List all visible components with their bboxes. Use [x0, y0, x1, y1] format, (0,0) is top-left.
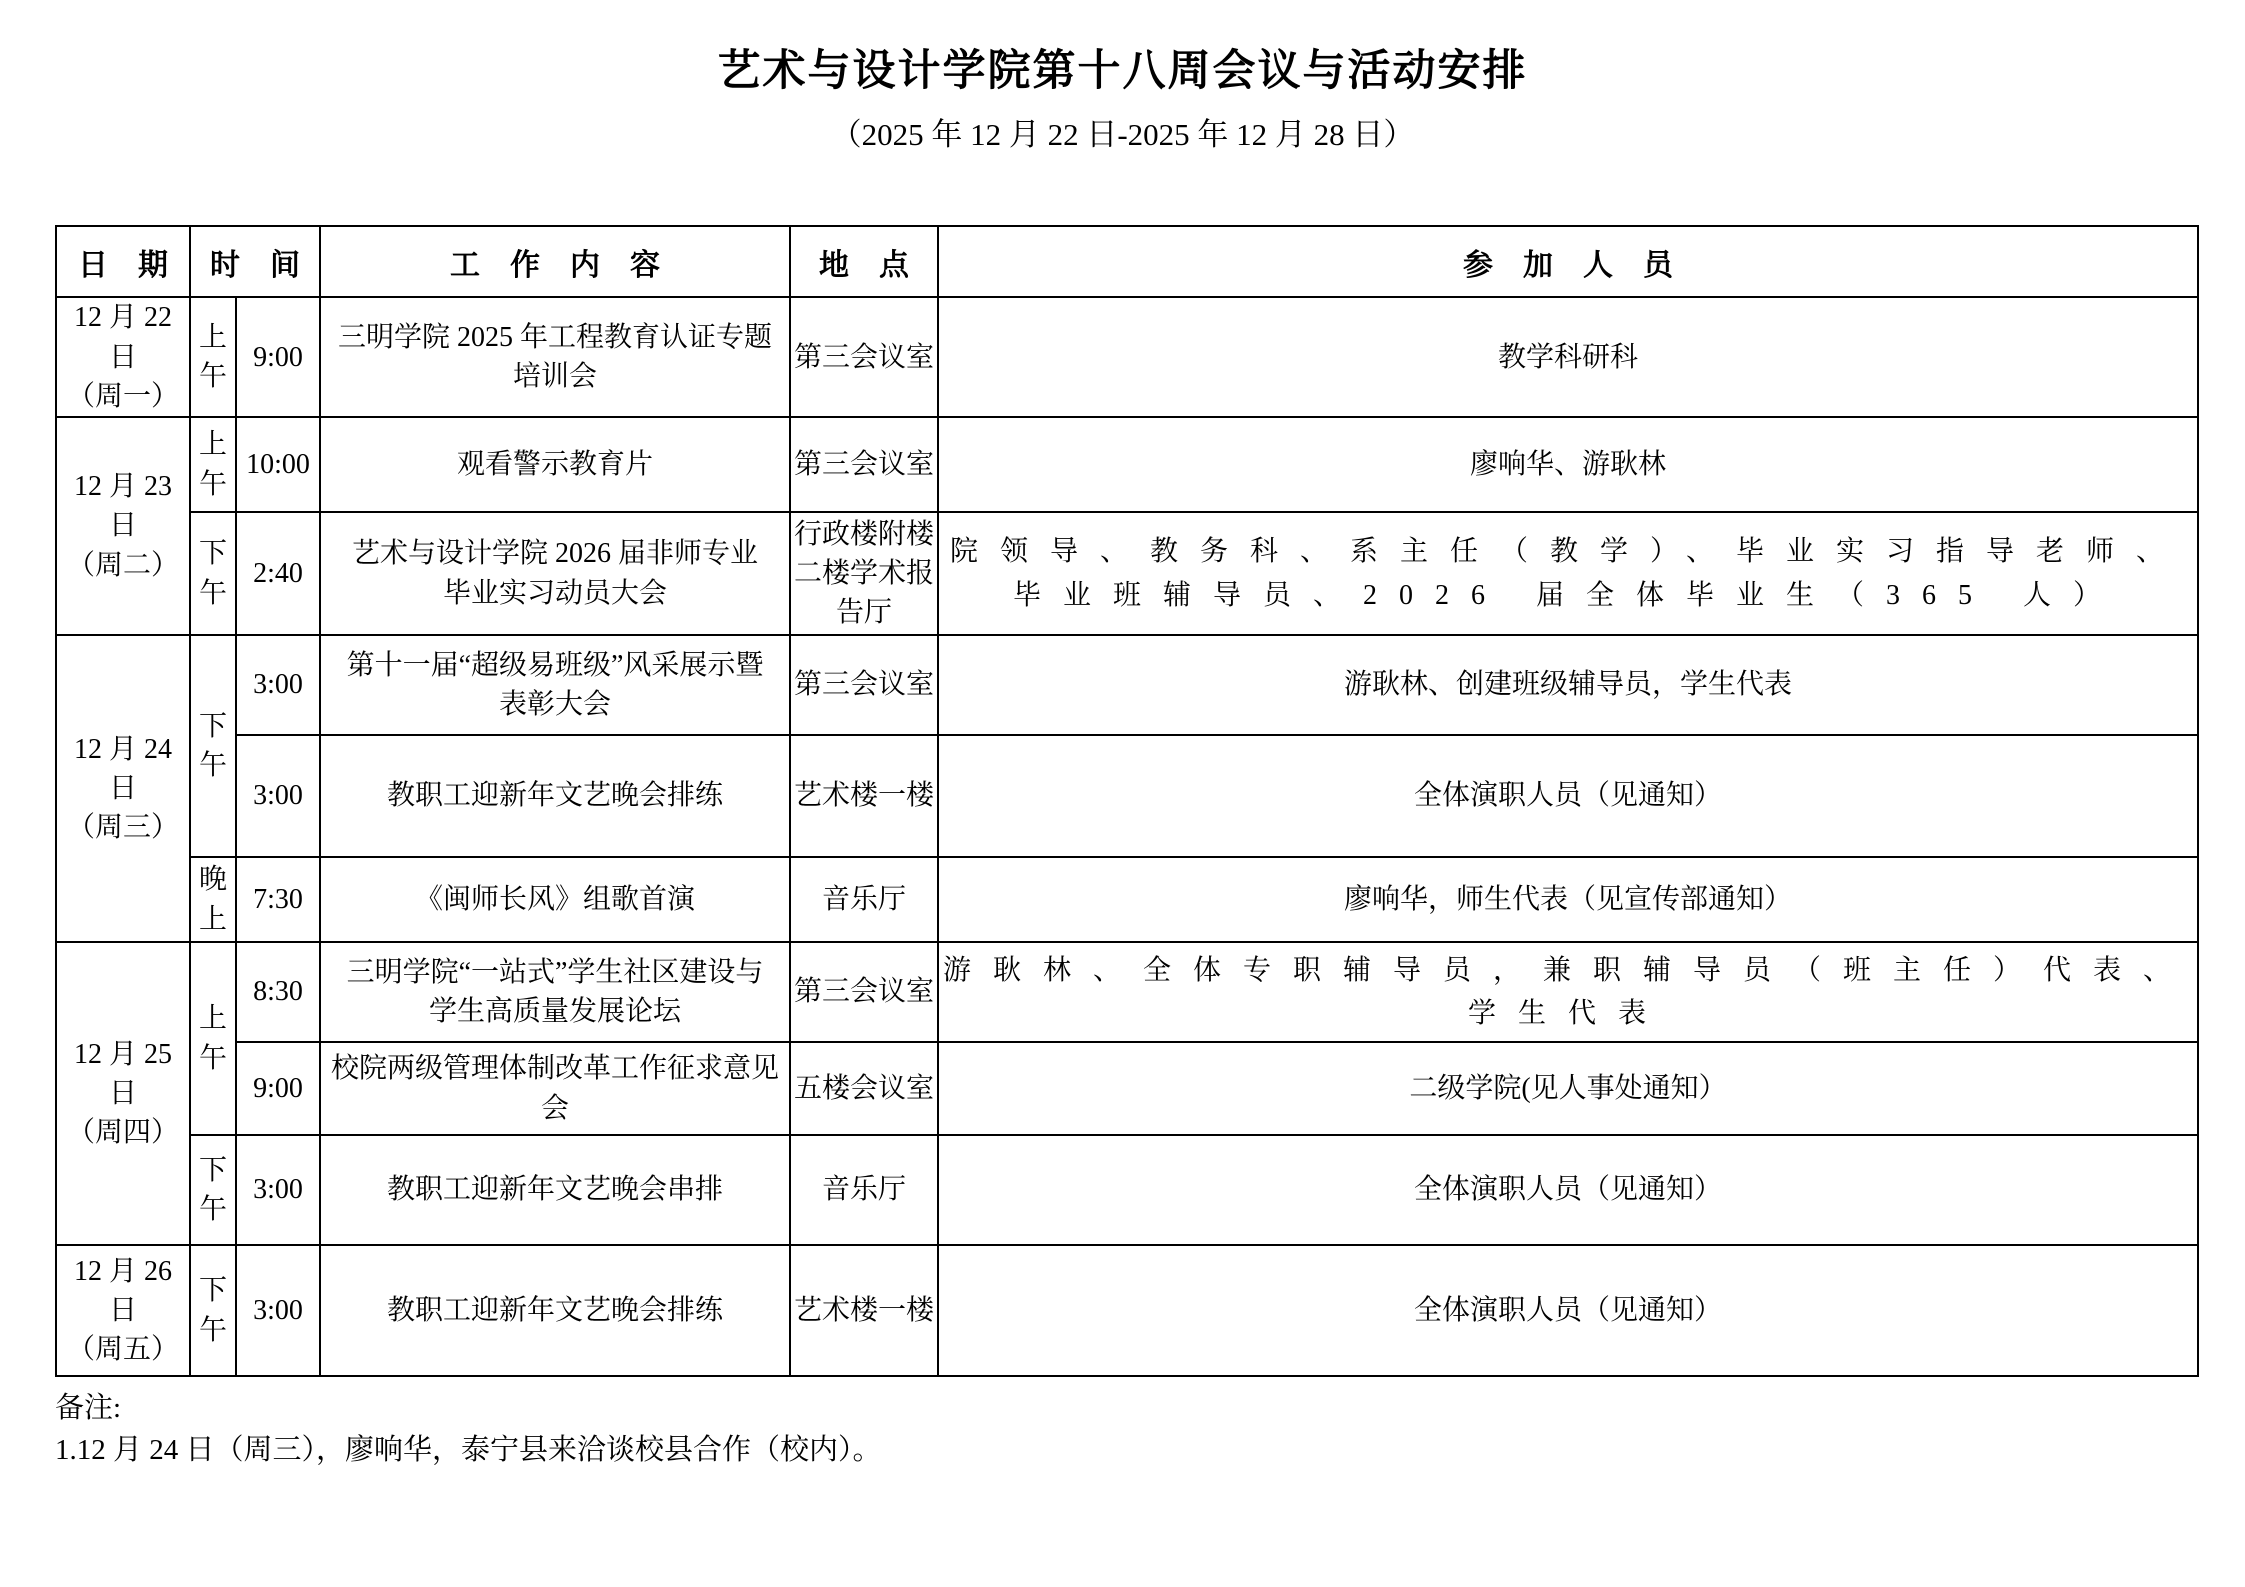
table-row: 12 月 22 日 （周一） 上午 9:00 三明学院 2025 年工程教育认证… [56, 297, 2198, 417]
cell-participants: 游耿林、全体专职辅导员，兼职辅导员（班主任）代表、学生代表 [938, 942, 2198, 1042]
schedule-table: 日 期 时 间 工 作 内 容 地 点 参 加 人 员 12 月 22 日 （周… [55, 225, 2199, 1377]
cell-period: 下午 [190, 512, 236, 635]
cell-content: 三明学院 2025 年工程教育认证专题 培训会 [320, 297, 790, 417]
table-row: 下午 2:40 艺术与设计学院 2026 届非师专业 毕业实习动员大会 行政楼附… [56, 512, 2198, 635]
cell-content: 教职工迎新年文艺晚会串排 [320, 1135, 790, 1245]
cell-date: 12 月 23 日 （周二） [56, 417, 190, 635]
cell-period: 上午 [190, 417, 236, 512]
cell-participants: 全体演职人员（见通知） [938, 1245, 2198, 1376]
cell-time: 8:30 [236, 942, 320, 1042]
table-header-row: 日 期 时 间 工 作 内 容 地 点 参 加 人 员 [56, 226, 2198, 297]
page-subtitle: （2025 年 12 月 22 日-2025 年 12 月 28 日） [0, 114, 2245, 156]
cell-content: 教职工迎新年文艺晚会排练 [320, 735, 790, 857]
cell-location: 第三会议室 [790, 297, 938, 417]
cell-content: 艺术与设计学院 2026 届非师专业 毕业实习动员大会 [320, 512, 790, 635]
cell-location: 艺术楼一楼 [790, 1245, 938, 1376]
cell-time: 10:00 [236, 417, 320, 512]
cell-content: 三明学院“一站式”学生社区建设与 学生高质量发展论坛 [320, 942, 790, 1042]
cell-time: 9:00 [236, 297, 320, 417]
cell-period: 上午 [190, 297, 236, 417]
cell-participants: 院领导、教务科、系主任（教学）、毕业实习指导老师、毕业班辅导员、2026 届全体… [938, 512, 2198, 635]
cell-period: 上午 [190, 942, 236, 1135]
cell-location: 五楼会议室 [790, 1042, 938, 1135]
cell-period: 下午 [190, 1135, 236, 1245]
header-content: 工 作 内 容 [320, 226, 790, 297]
cell-location: 音乐厅 [790, 1135, 938, 1245]
cell-time: 7:30 [236, 857, 320, 942]
cell-location: 行政楼附楼二楼学术报告厅 [790, 512, 938, 635]
cell-date: 12 月 26 日 （周五） [56, 1245, 190, 1376]
note-item: 1.12 月 24 日（周三），廖响华，泰宁县来洽谈校县合作（校内）。 [55, 1429, 2245, 1471]
cell-participants: 二级学院(见人事处通知） [938, 1042, 2198, 1135]
table-row: 晚上 7:30 《闽师长风》组歌首演 音乐厅 廖响华，师生代表（见宣传部通知） [56, 857, 2198, 942]
table-row: 下午 3:00 教职工迎新年文艺晚会串排 音乐厅 全体演职人员（见通知） [56, 1135, 2198, 1245]
table-row: 12 月 24 日 （周三） 下午 3:00 第十一届“超级易班级”风采展示暨 … [56, 635, 2198, 735]
cell-participants: 全体演职人员（见通知） [938, 1135, 2198, 1245]
cell-period: 下午 [190, 1245, 236, 1376]
cell-participants: 廖响华、游耿林 [938, 417, 2198, 512]
page-title: 艺术与设计学院第十八周会议与活动安排 [0, 0, 2245, 98]
cell-participants: 廖响华，师生代表（见宣传部通知） [938, 857, 2198, 942]
cell-location: 第三会议室 [790, 635, 938, 735]
header-date: 日 期 [56, 226, 190, 297]
cell-content: 《闽师长风》组歌首演 [320, 857, 790, 942]
cell-date: 12 月 24 日 （周三） [56, 635, 190, 942]
table-row: 12 月 25 日 （周四） 上午 8:30 三明学院“一站式”学生社区建设与 … [56, 942, 2198, 1042]
cell-location: 第三会议室 [790, 417, 938, 512]
cell-time: 3:00 [236, 1245, 320, 1376]
cell-content: 校院两级管理体制改革工作征求意见会 [320, 1042, 790, 1135]
cell-participants: 游耿林、创建班级辅导员，学生代表 [938, 635, 2198, 735]
cell-location: 艺术楼一楼 [790, 735, 938, 857]
cell-time: 3:00 [236, 1135, 320, 1245]
table-row: 12 月 23 日 （周二） 上午 10:00 观看警示教育片 第三会议室 廖响… [56, 417, 2198, 512]
cell-time: 3:00 [236, 735, 320, 857]
cell-time: 9:00 [236, 1042, 320, 1135]
document-page: 艺术与设计学院第十八周会议与活动安排 （2025 年 12 月 22 日-202… [0, 0, 2245, 1587]
cell-date: 12 月 25 日 （周四） [56, 942, 190, 1245]
cell-date: 12 月 22 日 （周一） [56, 297, 190, 417]
cell-participants: 全体演职人员（见通知） [938, 735, 2198, 857]
table-row: 3:00 教职工迎新年文艺晚会排练 艺术楼一楼 全体演职人员（见通知） [56, 735, 2198, 857]
notes-label: 备注: [55, 1387, 2245, 1429]
cell-content: 观看警示教育片 [320, 417, 790, 512]
cell-participants: 教学科研科 [938, 297, 2198, 417]
cell-time: 3:00 [236, 635, 320, 735]
cell-content: 第十一届“超级易班级”风采展示暨 表彰大会 [320, 635, 790, 735]
table-row: 9:00 校院两级管理体制改革工作征求意见会 五楼会议室 二级学院(见人事处通知… [56, 1042, 2198, 1135]
notes-section: 备注: 1.12 月 24 日（周三），廖响华，泰宁县来洽谈校县合作（校内）。 [55, 1387, 2245, 1471]
table-row: 12 月 26 日 （周五） 下午 3:00 教职工迎新年文艺晚会排练 艺术楼一… [56, 1245, 2198, 1376]
cell-location: 音乐厅 [790, 857, 938, 942]
cell-period: 下午 [190, 635, 236, 857]
header-time: 时 间 [190, 226, 320, 297]
cell-content: 教职工迎新年文艺晚会排练 [320, 1245, 790, 1376]
cell-location: 第三会议室 [790, 942, 938, 1042]
cell-time: 2:40 [236, 512, 320, 635]
header-participants: 参 加 人 员 [938, 226, 2198, 297]
cell-period: 晚上 [190, 857, 236, 942]
header-location: 地 点 [790, 226, 938, 297]
